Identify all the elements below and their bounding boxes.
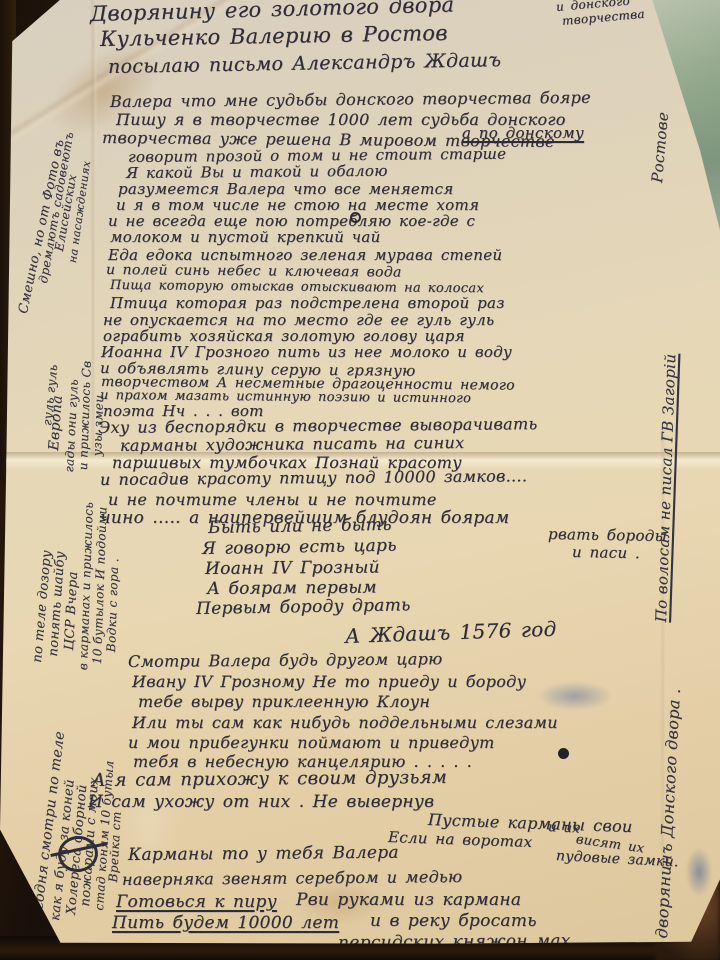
margin-note-right-bottom: дворянинъ Донского двора . [652, 688, 684, 939]
poem-line: Я говорю есть царь [202, 536, 397, 559]
poem-line: Иоанн IV Грозный [205, 557, 380, 579]
para3-line: и посадив красоту птицу под 10000 замков… [100, 466, 527, 489]
para5-line: и в реку бросать [370, 911, 537, 931]
para4-line: тебе вырву приклеенную Клоун [138, 692, 430, 711]
para5-line: Если на воротах [388, 828, 533, 851]
para5-line: Готовься к пиру [116, 892, 277, 912]
para5-line: и их [548, 820, 581, 837]
para5-line: А я сам прихожу к своим друзьям [92, 767, 447, 791]
para4-line: и мои прибегунки поймают и приведут [128, 733, 495, 752]
margin-note-right: По волосам не писал ГВ Загорій [652, 353, 679, 622]
para2-line: Иоанна IV Грозного пить из нее молоко и … [101, 343, 512, 361]
para2-line: молоком и пустой крепкий чай [110, 228, 381, 246]
poem-line: Быть или не быть [208, 515, 392, 538]
para1-line: а по донскому [462, 124, 584, 142]
address-line: Кульченко Валерию в Ростов [100, 21, 448, 51]
margin-note: узы змеи [90, 394, 106, 456]
poem-line: Первым бороду драть [196, 595, 411, 619]
para3-line: карманы художника писать на синих [120, 433, 465, 455]
margin-note-rostov: Ростове [648, 111, 672, 183]
para1-line: Валера что мне судьбы донского творчеств… [110, 88, 591, 111]
margin-note: Водки с гора . [104, 558, 121, 653]
para3-line: рвать бороды [548, 525, 667, 545]
para4-line: Ивану IV Грозному Не то приеду и бороду [132, 672, 526, 691]
para3-line: и паси . [572, 543, 640, 562]
letter-paper: Дворянину его золотого двораи донскоготв… [0, 0, 720, 960]
para2-line: Птица которая раз подстрелена второй раз [110, 294, 505, 312]
ink-smudge-blue [538, 682, 612, 710]
signature-line: А Ждашъ 1576 год [345, 617, 557, 648]
para3-line: и не почтите члены и не почтите [108, 490, 437, 509]
photo-of-letter: Дворянину его золотого двораи донскоготв… [0, 0, 720, 960]
para2-line: Я какой Вы и такой и обалою [126, 162, 388, 182]
para2-line: Еда едока испытного зеленая мурава степе… [108, 246, 502, 264]
para4-line: Или ты сам как нибудь поддельными слезам… [132, 713, 558, 732]
ink-smudge-blue-edge [686, 848, 712, 896]
para5-line: И сам ухожу от них . Не вывернув [88, 792, 434, 812]
para5-line: наверняка звенят серебром и медью [122, 867, 463, 889]
para5-line: Пить будем 10000 лет [112, 913, 339, 933]
address-line: посылаю письмо Александръ Ждашъ [108, 49, 502, 78]
ink-dot-large [558, 748, 569, 759]
para5-line: Карманы то у тебя Валера [128, 843, 399, 865]
para4-line: Смотри Валера будь другом царю [128, 649, 443, 671]
para5-line: Рви руками из кармана [296, 890, 521, 910]
